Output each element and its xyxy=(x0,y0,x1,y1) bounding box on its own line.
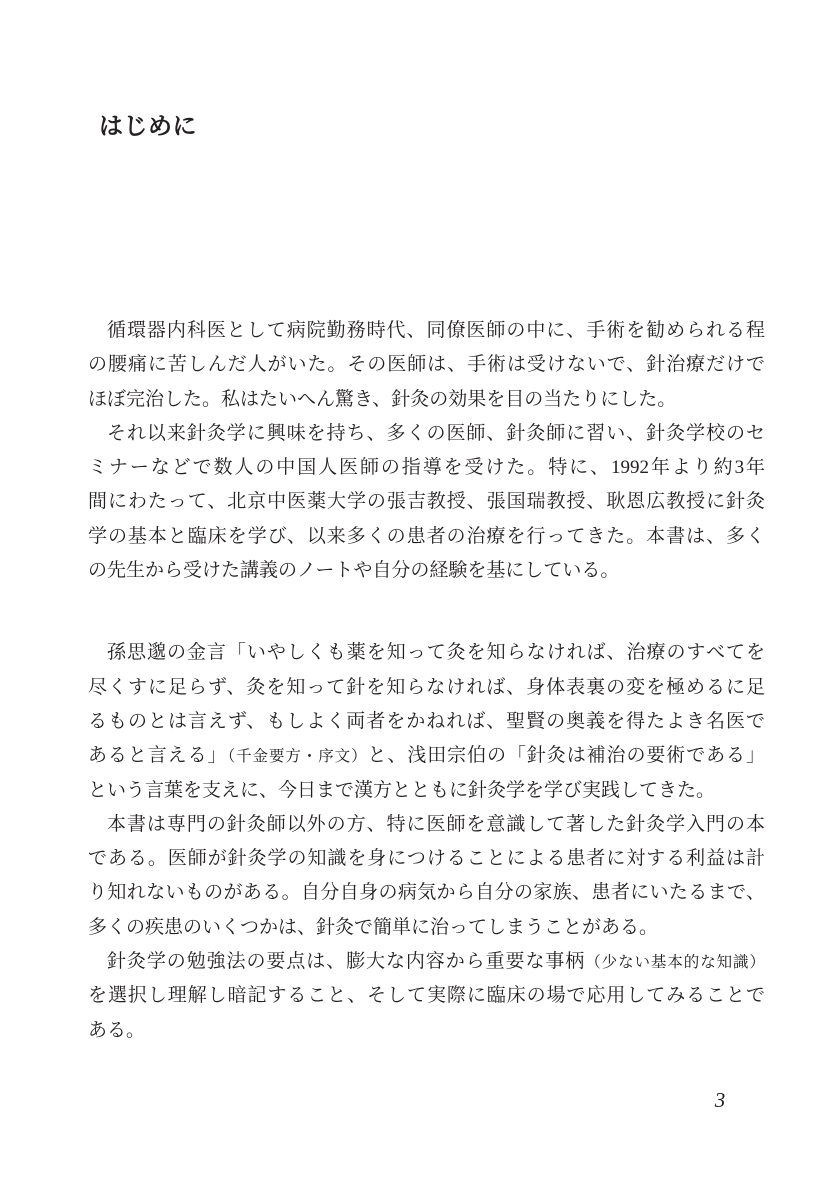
text-line: ほぼ完治した。私はたいへん驚き、針灸の効果を目の当たりにした。 xyxy=(88,383,765,417)
page-number: 3 xyxy=(700,1088,740,1113)
text-line: 循環器内科医として病院勤務時代、同僚医師の中に、手術を勧められる程 xyxy=(88,314,765,348)
text-line: 孫思邈の金言「いやしくも薬を知って灸を知らなければ、治療のすべてを xyxy=(88,636,765,670)
text-line: るものとは言えず、もしよく両者をかねれば、聖賢の奥義を得たよき名医で xyxy=(88,705,765,739)
paragraph-spacer xyxy=(88,588,765,636)
text-line: あると言える」（千金要方・序文）と、浅田宗伯の「針灸は補治の要術である」 xyxy=(88,739,765,773)
text-line: 間にわたって、北京中医薬大学の張吉教授、張国瑞教授、耿恩広教授に針灸 xyxy=(88,485,765,519)
text-line: 針灸学の勉強法の要点は、膨大な内容から重要な事柄（少ない基本的な知識） xyxy=(88,945,765,979)
text-segment: 針灸学の勉強法の要点は、膨大な内容から重要な事柄 xyxy=(107,951,585,972)
text-line: ある。 xyxy=(88,1014,765,1048)
text-line: 尽くすに足らず、灸を知って針を知らなければ、身体表裏の変を極めるに足 xyxy=(88,671,765,705)
text-line: ミナーなどで数人の中国人医師の指導を受けた。特に、1992年より約3年 xyxy=(88,451,765,485)
text-line: である。医師が針灸学の知識を身につけることによる患者に対する利益は計 xyxy=(88,842,765,876)
text-segment: と、浅田宗伯の「針灸は補治の要術である」 xyxy=(368,745,765,766)
paragraph-4: 本書は専門の針灸師以外の方、特に医師を意識して著した針灸学入門の本 である。医師… xyxy=(88,808,765,945)
text-line: それ以来針灸学に興味を持ち、多くの医師、針灸師に習い、針灸学校のセ xyxy=(88,417,765,451)
text-segment-small: （千金要方・序文） xyxy=(227,748,367,765)
text-line: 本書は専門の針灸師以外の方、特に医師を意識して著した針灸学入門の本 xyxy=(88,808,765,842)
text-line: 多くの疾患のいくつかは、針灸で簡単に治ってしまうことがある。 xyxy=(88,911,765,945)
text-line: り知れないものがある。自分自身の病気から自分の家族、患者にいたるまで、 xyxy=(88,876,765,910)
body-text: 循環器内科医として病院勤務時代、同僚医師の中に、手術を勧められる程 の腰痛に苦し… xyxy=(88,314,765,1048)
text-line: という言葉を支えに、今日まで漢方とともに針灸学を学び実践してきた。 xyxy=(88,774,765,808)
paragraph-2: それ以来針灸学に興味を持ち、多くの医師、針灸師に習い、針灸学校のセ ミナーなどで… xyxy=(88,417,765,588)
text-segment: あると言える」 xyxy=(88,745,227,766)
text-line: 学の基本と臨床を学び、以来多くの患者の治療を行ってきた。本書は、多く xyxy=(88,520,765,554)
text-segment-small: （少ない基本的な知識） xyxy=(585,954,765,971)
paragraph-1: 循環器内科医として病院勤務時代、同僚医師の中に、手術を勧められる程 の腰痛に苦し… xyxy=(88,314,765,417)
text-line: の先生から受けた講義のノートや自分の経験を基にしている。 xyxy=(88,554,765,588)
text-line: を選択し理解し暗記すること、そして実際に臨床の場で応用してみることで xyxy=(88,979,765,1013)
page-title: はじめに xyxy=(99,106,197,141)
text-line: の腰痛に苦しんだ人がいた。その医師は、手術は受けないで、針治療だけで xyxy=(88,348,765,382)
paragraph-3: 孫思邈の金言「いやしくも薬を知って灸を知らなければ、治療のすべてを 尽くすに足ら… xyxy=(88,636,765,807)
paragraph-5: 針灸学の勉強法の要点は、膨大な内容から重要な事柄（少ない基本的な知識） を選択し… xyxy=(88,945,765,1048)
book-page: はじめに 循環器内科医として病院勤務時代、同僚医師の中に、手術を勧められる程 の… xyxy=(0,0,830,1178)
